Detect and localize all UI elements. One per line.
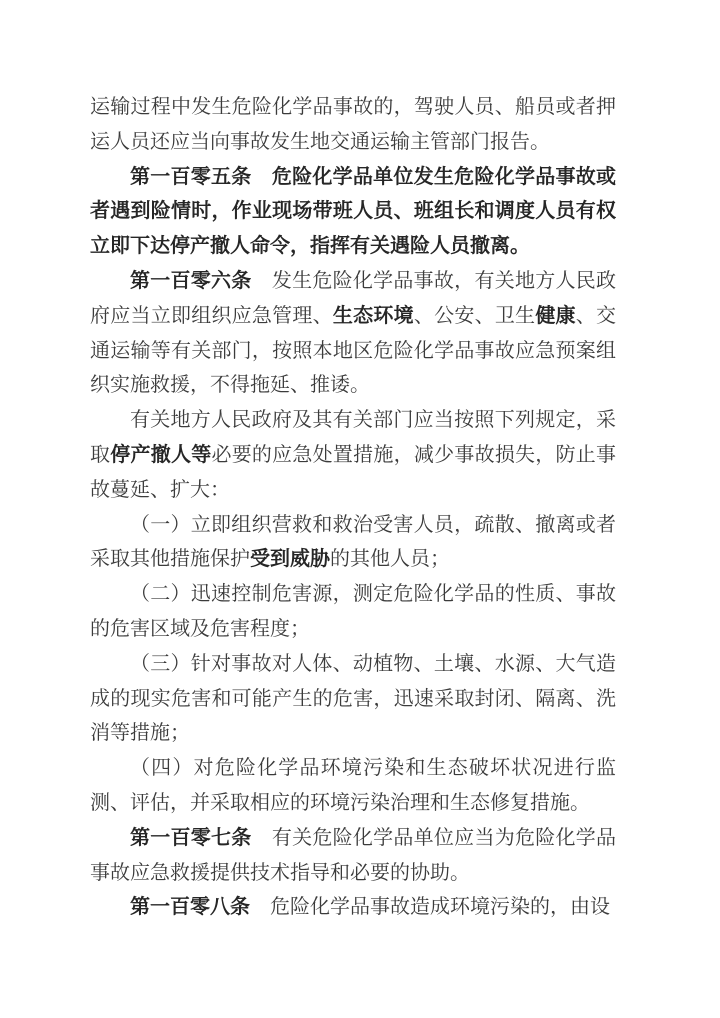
paragraph: 第一百零五条 危险化学品单位发生危险化学品事故或者遇到险情时，作业现场带班人员、… [90,160,616,264]
bold-text-run: 停产撤人等 [110,444,211,466]
paragraph: 第一百零六条 发生危险化学品事故，有关地方人民政府应当立即组织应急管理、生态环境… [90,264,616,403]
paragraph: 有关地方人民政府及其有关部门应当按照下列规定，采取停产撤人等必要的应急处置措施，… [90,403,616,507]
bold-text-run: 第一百零五条 危险化学品单位发生危险化学品事故或者遇到险情时，作业现场带班人员、… [90,166,616,258]
document-page: 运输过程中发生危险化学品事故的，驾驶人员、船员或者押运人员还应当向事故发生地交通… [0,0,720,1018]
text-run: （四）对危险化学品环境污染和生态破坏状况进行监测、评估，并采取相应的环境污染治理… [90,757,616,814]
paragraph: （一）立即组织营救和救治受害人员，疏散、撤离或者采取其他措施保护受到威胁的其他人… [90,508,616,578]
document-body: 运输过程中发生危险化学品事故的，驾驶人员、船员或者押运人员还应当向事故发生地交通… [90,90,616,925]
bold-text-run: 第一百零六条 [130,270,252,292]
bold-text-run: 第一百零八条 [130,896,250,918]
paragraph: （二）迅速控制危害源，测定危险化学品的性质、事故的危害区域及危害程度； [90,577,616,647]
text-run: （三）针对事故对人体、动植物、土壤、水源、大气造成的现实危害和可能产生的危害，迅… [90,653,616,745]
bold-text-run: 健康 [535,305,575,327]
paragraph: （四）对危险化学品环境污染和生态破坏状况进行监测、评估，并采取相应的环境污染治理… [90,751,616,821]
text-run: 危险化学品事故造成环境污染的，由设 [250,896,610,918]
text-run: 的其他人员； [330,548,450,570]
text-run: 、公安、卫生 [414,305,535,327]
bold-text-run: 生态环境 [333,305,414,327]
text-run: 运输过程中发生危险化学品事故的，驾驶人员、船员或者押运人员还应当向事故发生地交通… [90,96,616,153]
paragraph: 第一百零七条 有关危险化学品单位应当为危险化学品事故应急救援提供技术指导和必要的… [90,821,616,891]
paragraph: 第一百零八条 危险化学品事故造成环境污染的，由设 [90,890,616,925]
bold-text-run: 受到威胁 [250,548,330,570]
paragraph: （三）针对事故对人体、动植物、土壤、水源、大气造成的现实危害和可能产生的危害，迅… [90,647,616,751]
text-run: （二）迅速控制危害源，测定危险化学品的性质、事故的危害区域及危害程度； [90,583,616,640]
paragraph: 运输过程中发生危险化学品事故的，驾驶人员、船员或者押运人员还应当向事故发生地交通… [90,90,616,160]
bold-text-run: 第一百零七条 [130,827,252,849]
